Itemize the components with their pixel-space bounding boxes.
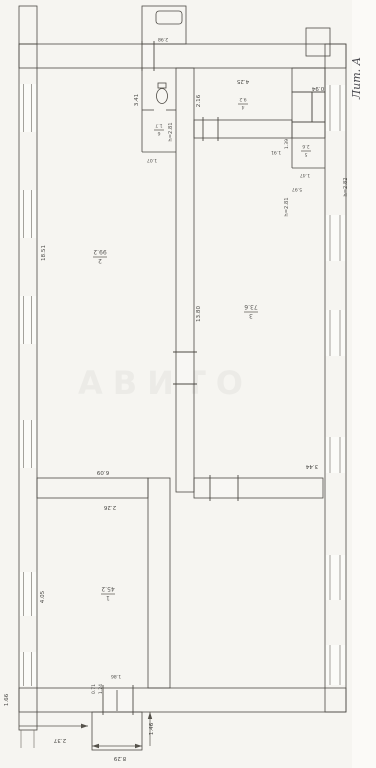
dim-label: 1.86 (111, 673, 121, 679)
room-number: 2 (98, 257, 102, 264)
dim-label: 2.26 (103, 504, 116, 510)
window (20, 652, 36, 686)
room-number: 4 (241, 104, 244, 110)
window (20, 296, 36, 344)
dim-label: 6.09 (96, 469, 109, 475)
room-area: 1.7 (155, 122, 162, 128)
room-area: 9.2 (239, 96, 246, 102)
room-area: 2.6 (302, 143, 309, 149)
window (326, 215, 345, 261)
dim-label: 4.05 (40, 590, 46, 603)
dim-label: 3.44 (305, 463, 318, 469)
dim-label: 1.66 (4, 693, 10, 706)
room-number: 3 (249, 312, 253, 319)
bottom-wall-door (103, 685, 133, 715)
central-wall-door (173, 352, 197, 384)
window (20, 420, 36, 468)
dim-label: 2.37 (53, 737, 66, 743)
height-label: h=2.82 (343, 177, 349, 196)
height-label: h=2.81 (168, 122, 174, 141)
dim-label: 1.47 (300, 172, 310, 178)
room-number: 5 (304, 151, 307, 157)
scanned-floor-plan: АВИТО (0, 0, 376, 768)
room4-door (203, 117, 218, 141)
dim-label: 0.71 (91, 684, 97, 694)
dim-label: 2.98 (158, 36, 168, 42)
dim-label: 5.97 (292, 186, 302, 192)
window (326, 310, 345, 356)
litera-annotation: Лит. А (350, 57, 363, 100)
window (326, 85, 345, 131)
window (20, 572, 36, 616)
window (326, 645, 345, 685)
dim-label: 1.91 (271, 149, 281, 155)
dim-label: 0.94 (311, 85, 324, 91)
watermark-text: АВИТО (78, 364, 253, 402)
dim-label: 18.51 (41, 245, 47, 261)
room-area: 45.2 (101, 585, 115, 592)
dim-label: 1.07 (147, 157, 157, 163)
dim-label: 13.80 (196, 306, 202, 322)
room-area: 73.6 (244, 303, 258, 310)
window (326, 555, 345, 600)
cross-wall-door (210, 475, 238, 501)
room-area: 99.2 (93, 248, 107, 255)
top-annex-door (142, 41, 154, 71)
dim-label: 2.16 (196, 94, 202, 107)
dim-label: 1.46 (149, 722, 155, 735)
room-number: 1 (106, 594, 110, 601)
room-number: 6 (157, 130, 160, 136)
dim-label: 8.29 (113, 755, 126, 761)
window (326, 437, 345, 473)
window (20, 84, 36, 132)
dim-label: 4.25 (236, 78, 249, 84)
paper-margin (352, 0, 376, 768)
window (20, 190, 36, 238)
dim-label: 1.39 (284, 139, 290, 149)
floor-plan-svg: АВИТО (0, 0, 376, 768)
dim-label: 3.41 (134, 93, 140, 106)
height-label: h=2.81 (284, 197, 290, 216)
dim-label: 1.24 (98, 684, 104, 694)
